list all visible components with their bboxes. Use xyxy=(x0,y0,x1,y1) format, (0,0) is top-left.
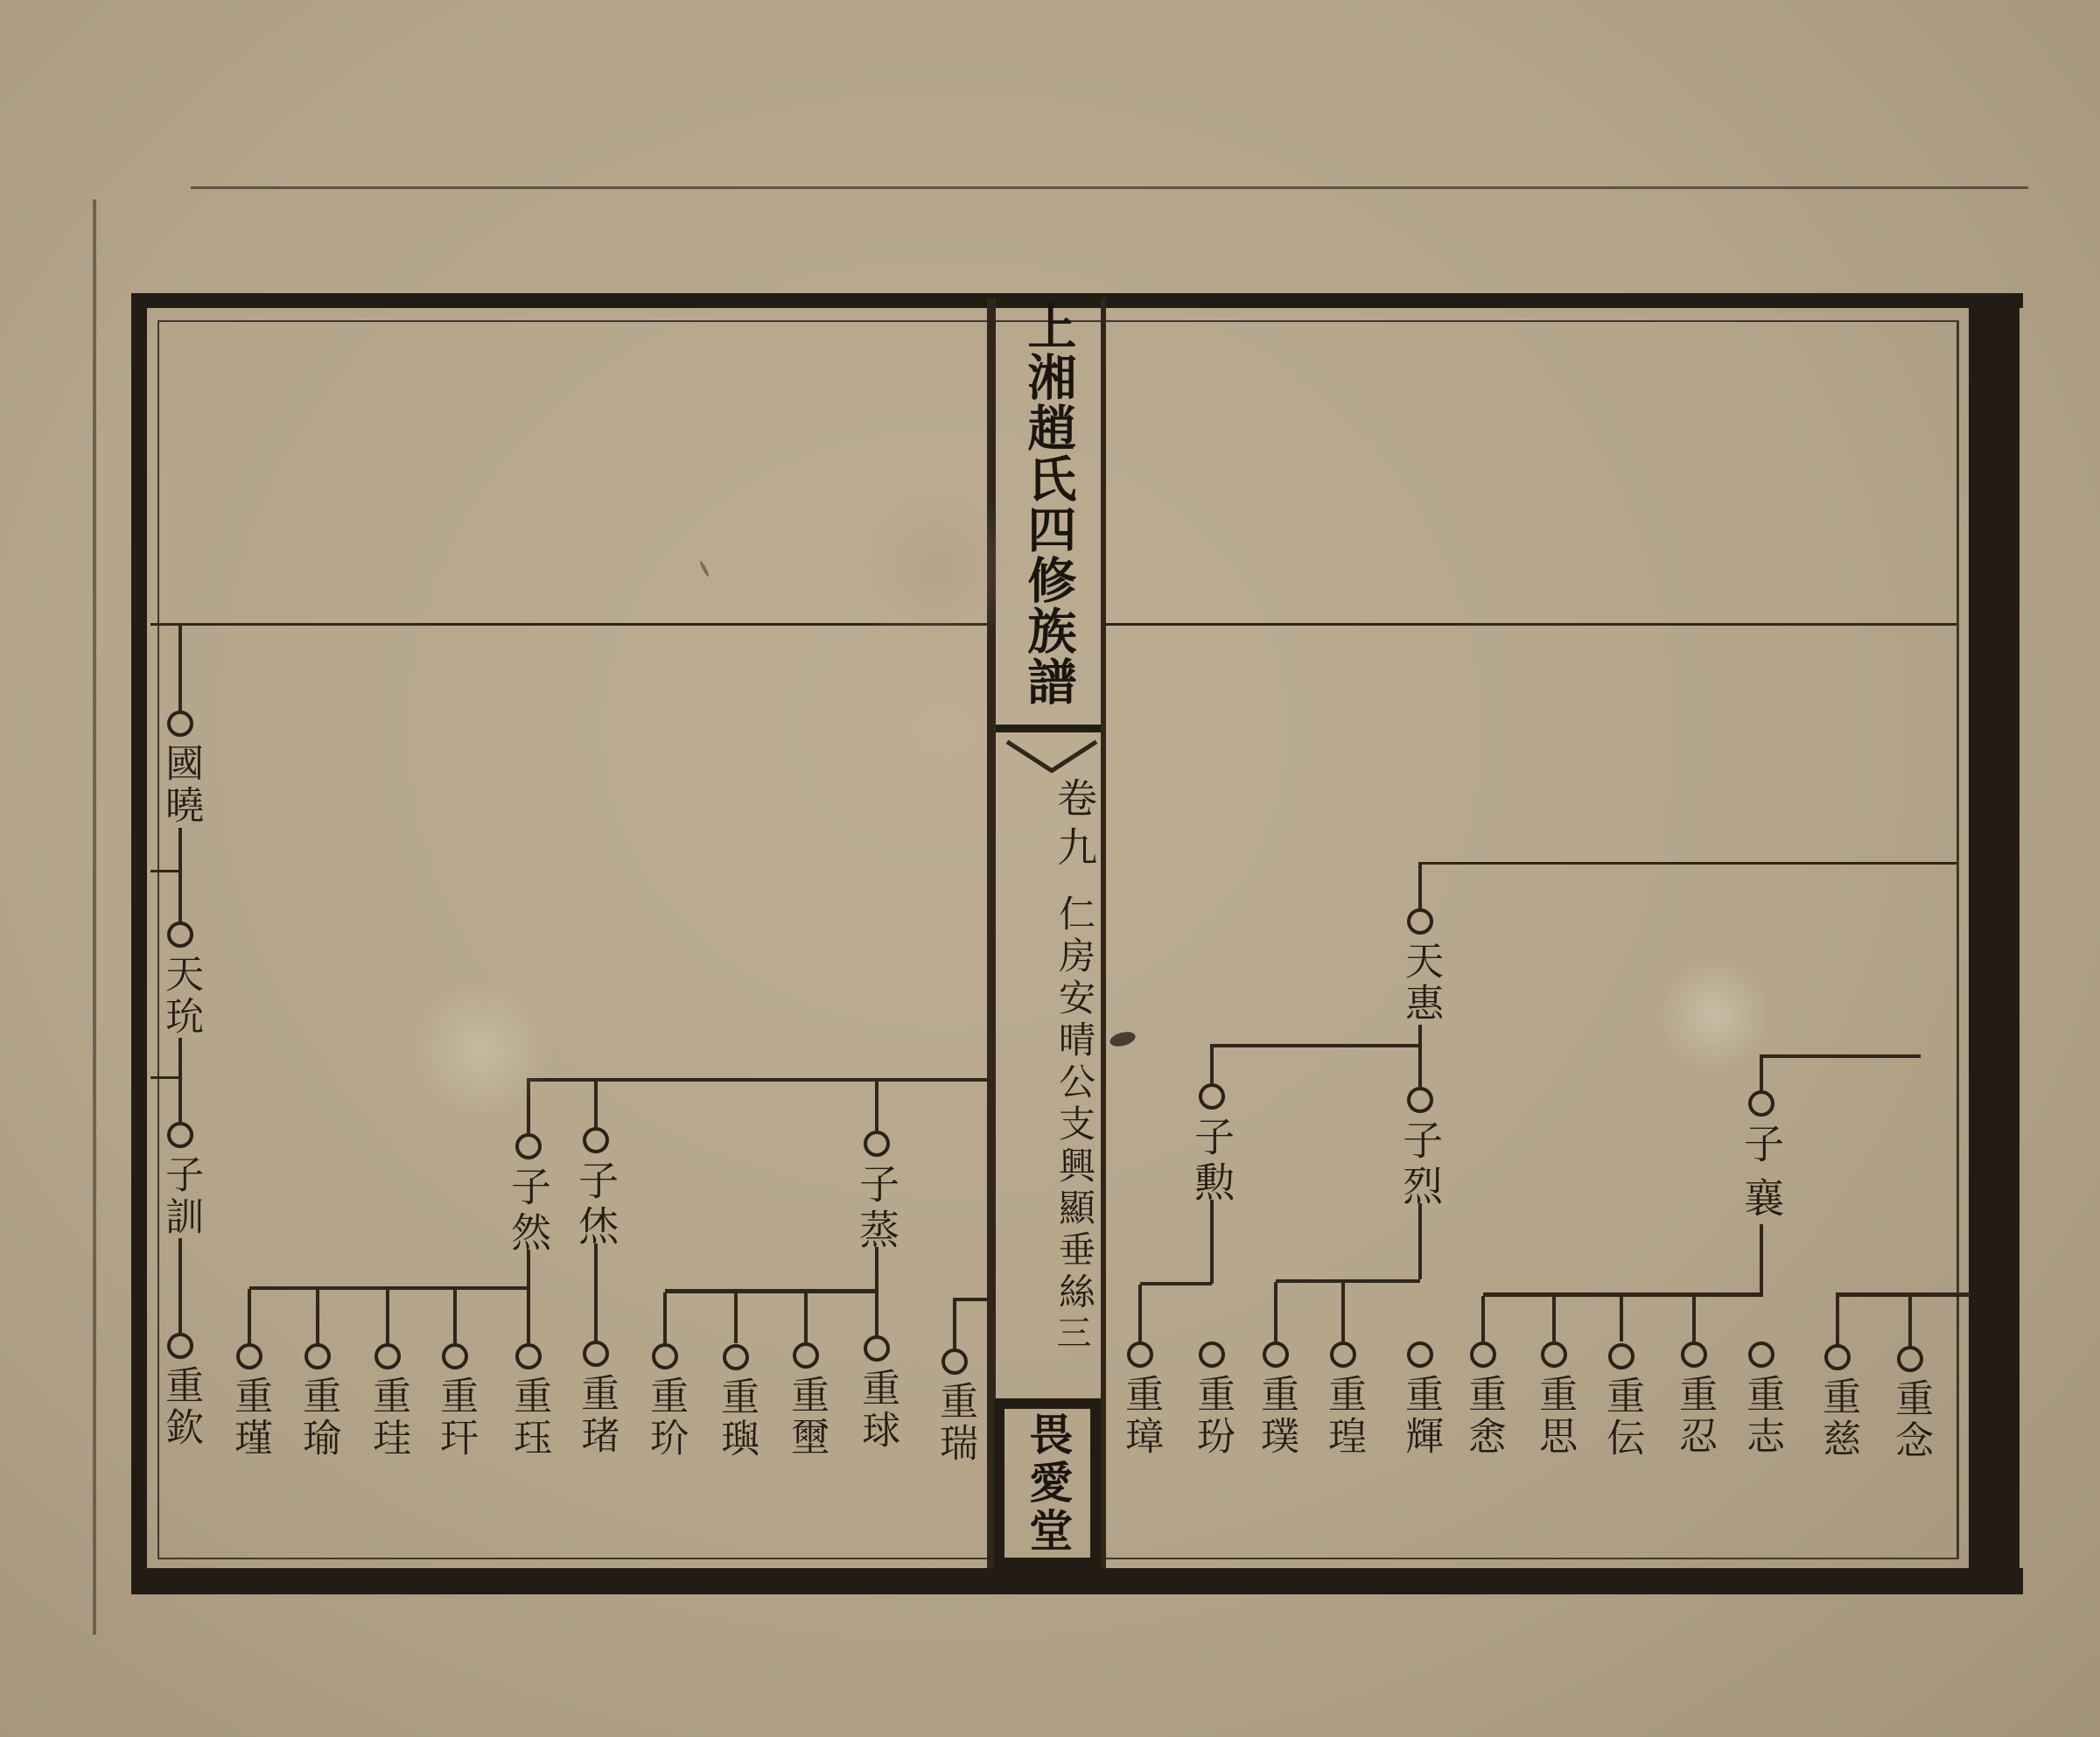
person-name: 重伝 xyxy=(1601,1376,1641,1460)
person-name: 重念 xyxy=(1890,1378,1930,1462)
person-name: 重悆 xyxy=(1463,1374,1503,1458)
lineage-circle xyxy=(1681,1341,1707,1368)
children-bracket xyxy=(1210,1044,1422,1047)
person-name: 重慈 xyxy=(1817,1376,1858,1460)
person-name: 子襄 xyxy=(1740,1123,1782,1231)
lineage-circle xyxy=(1748,1341,1774,1368)
person-name: 重玢 xyxy=(1192,1374,1232,1458)
children-bracket xyxy=(1276,1279,1420,1283)
person-name: 重思 xyxy=(1534,1374,1574,1458)
frame-right xyxy=(1969,293,2019,1594)
person-name: 重璵 xyxy=(716,1376,756,1460)
person-name: 重珏 xyxy=(508,1376,549,1460)
spine-title-box: 上湘趙氏四修族譜 xyxy=(996,301,1101,732)
spine-page-number: 三 xyxy=(1053,1314,1089,1349)
person-name: 重璞 xyxy=(1256,1374,1296,1458)
inner-border-right xyxy=(1956,320,1959,1559)
right-generation-rule-1 xyxy=(1104,623,1956,626)
continuation-bracket xyxy=(953,1298,989,1301)
person-name: 子勲 xyxy=(1191,1116,1233,1207)
lineage-circle xyxy=(1330,1341,1356,1368)
lineage-circle xyxy=(864,1335,890,1362)
person-name: 天玧 xyxy=(160,954,200,1038)
lineage-circle xyxy=(583,1127,609,1153)
lineage-circle xyxy=(1199,1083,1225,1110)
lineage-circle xyxy=(1824,1344,1851,1370)
person-name: 重玠 xyxy=(645,1376,685,1460)
children-bracket xyxy=(665,1289,877,1293)
spouse-tick xyxy=(150,1076,180,1079)
spine-title: 上湘趙氏四修族譜 xyxy=(1023,301,1074,725)
continuation-bracket xyxy=(1760,1054,1921,1058)
lineage-circle xyxy=(1199,1341,1225,1368)
person-name: 子訓 xyxy=(160,1154,200,1238)
ink-smudge xyxy=(699,560,710,578)
person-name: 子然 xyxy=(507,1166,549,1257)
person-name: 國曉 xyxy=(160,743,200,827)
lineage-circle xyxy=(1897,1346,1923,1372)
genealogy-scan-page: 上湘趙氏四修族譜 卷九 仁房安晴公支興顯垂絲 三 畏愛堂 國曉 天玧 子訓 重欽 xyxy=(0,0,2100,1737)
frame-left xyxy=(131,293,147,1594)
paper-edge-left xyxy=(93,200,96,1635)
lineage-circle xyxy=(583,1341,609,1367)
children-bracket xyxy=(1483,1292,1763,1297)
lineage-circle xyxy=(167,1333,193,1359)
lineage-circle xyxy=(167,711,193,737)
lineage-circle xyxy=(1263,1341,1289,1368)
lineage-circle xyxy=(304,1343,331,1369)
lineage-circle xyxy=(236,1343,262,1369)
lineage-circle xyxy=(793,1342,819,1369)
lineage-circle xyxy=(652,1343,678,1369)
person-name: 重璋 xyxy=(1120,1374,1160,1458)
lineage-circle xyxy=(723,1344,749,1370)
lineage-circle xyxy=(167,921,193,948)
person-name: 子蒸 xyxy=(856,1163,898,1254)
frame-bottom xyxy=(131,1568,2023,1594)
person-name: 重球 xyxy=(857,1368,897,1452)
spine-hall-box: 畏愛堂 xyxy=(994,1398,1101,1568)
spouse-tick xyxy=(150,870,180,872)
ink-smudge xyxy=(1109,1029,1137,1048)
person-name: 子烈 xyxy=(1399,1119,1441,1210)
person-name: 重珪 xyxy=(367,1376,408,1460)
lineage-circle xyxy=(1407,1341,1433,1368)
left-generation-rule xyxy=(150,623,989,626)
spine-volume: 卷九 xyxy=(1053,777,1095,875)
lineage-circle xyxy=(374,1343,401,1369)
lineage-circle xyxy=(167,1122,193,1148)
paper-stain xyxy=(1662,954,1767,1076)
person-name: 重琽 xyxy=(576,1373,616,1457)
person-name: 子烋 xyxy=(575,1159,617,1250)
lineage-circle xyxy=(515,1343,542,1369)
person-name: 重壐 xyxy=(786,1375,826,1459)
paper-stain xyxy=(411,980,551,1120)
person-name: 重瑾 xyxy=(229,1376,269,1460)
lineage-circle xyxy=(1127,1341,1153,1368)
spine-section-title: 仁房安晴公支興顯垂絲 xyxy=(1055,894,1094,1314)
lineage-circle xyxy=(1608,1343,1634,1369)
right-generation-rule-2 xyxy=(1418,862,1956,865)
person-name: 重欽 xyxy=(160,1365,200,1449)
person-name: 重玕 xyxy=(435,1376,475,1460)
lineage-circle xyxy=(941,1348,968,1375)
person-name: 天惠 xyxy=(1400,941,1440,1025)
person-name: 重志 xyxy=(1741,1374,1781,1458)
lineage-circle xyxy=(1407,908,1433,935)
hall-name: 畏愛堂 xyxy=(1025,1411,1071,1556)
lineage-circle xyxy=(515,1133,542,1159)
person-name: 重忍 xyxy=(1674,1374,1714,1458)
spine-right-rule xyxy=(1101,298,1106,1568)
person-name: 重瑞 xyxy=(934,1381,975,1465)
person-name: 重瑝 xyxy=(1323,1374,1363,1458)
lineage-circle xyxy=(1748,1090,1774,1117)
person-name: 重輝 xyxy=(1400,1374,1440,1458)
person-name: 重瑜 xyxy=(297,1376,338,1460)
lineage-circle xyxy=(442,1343,468,1369)
lineage-circle xyxy=(1470,1341,1496,1368)
lineage-circle xyxy=(864,1131,890,1157)
paper-edge-top xyxy=(191,186,2028,189)
lineage-circle xyxy=(1541,1341,1567,1368)
children-bracket xyxy=(1140,1282,1212,1285)
spine-left-rule xyxy=(987,298,996,1568)
continuation-bracket xyxy=(1836,1292,1970,1297)
lineage-circle xyxy=(1407,1087,1433,1113)
